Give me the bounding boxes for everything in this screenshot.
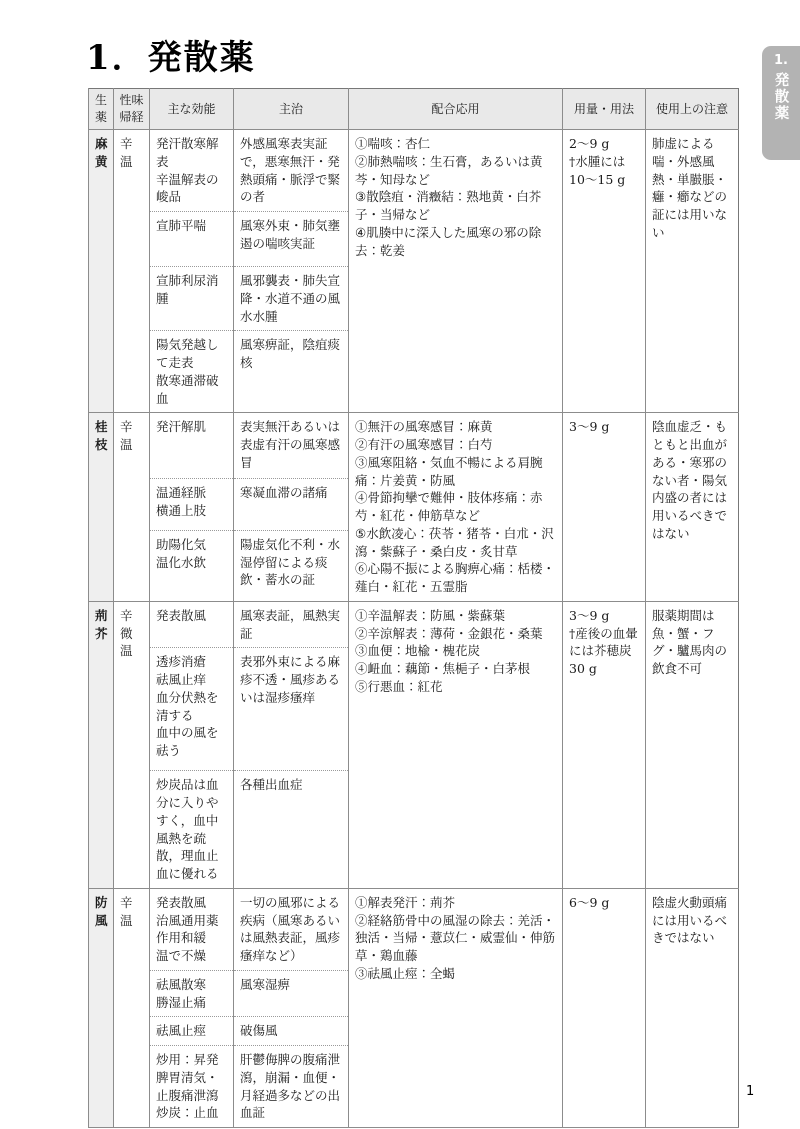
chapter-tab: 1. 発散薬	[762, 46, 800, 160]
indication-cell: 表実無汗あるいは表虚有汗の風寒感冒	[234, 413, 349, 479]
efficacy-cell: 炒用：昇発脾胃清気・止腹痛泄瀉 炒炭：止血	[150, 1046, 234, 1128]
chapter-tab-label: 発散薬	[771, 72, 792, 122]
efficacy-cell: 宣肺利尿消腫	[150, 267, 234, 331]
chapter-tab-number: 1.	[774, 54, 788, 68]
efficacy-cell: 祛風散寒 勝湿止痛	[150, 970, 234, 1017]
efficacy-cell: 発表散風 治風通用薬 作用和緩 温で不燥	[150, 888, 234, 970]
table-row: 桂枝 辛 温 発汗解肌 表実無汗あるいは表虚有汗の風寒感冒 ①無汗の風寒感冒：麻…	[89, 413, 739, 479]
col-header-indication: 主治	[234, 89, 349, 130]
page-number: 1	[746, 1084, 754, 1099]
herb-name: 桂枝	[89, 413, 114, 602]
precaution-cell: 肺虚による喘・外感風熱・単臌脹・癰・癤などの証には用いない	[646, 130, 739, 413]
dosage-cell: 2～9 g †水腫には10～15 g	[563, 130, 646, 413]
nature-cell: 辛 温	[114, 130, 150, 413]
indication-cell: 風寒痹証，陰疽痰核	[234, 331, 349, 413]
indication-cell: 陽虚気化不利・水湿停留による痰飲・蓄水の証	[234, 530, 349, 601]
efficacy-cell: 宣肺平喘	[150, 212, 234, 267]
efficacy-cell: 温通経脈 横通上肢	[150, 479, 234, 530]
indication-cell: 風寒湿痹	[234, 970, 349, 1017]
herb-name: 荊芥	[89, 601, 114, 888]
nature-cell: 辛 温	[114, 888, 150, 1127]
table-row: 麻黄 辛 温 発汗散寒解表 辛温解表の峻品 外感風寒表実証で，悪寒無汗・発熱頭痛…	[89, 130, 739, 212]
combination-cell: ①喘咳：杏仁 ②肺熱喘咳：生石膏，あるいは黄芩・知母など ③散陰疽・消癥結：熟地…	[349, 130, 563, 413]
indication-cell: 寒凝血滞の諸痛	[234, 479, 349, 530]
table-row: 防風 辛 温 発表散風 治風通用薬 作用和緩 温で不燥 一切の風邪による疾病（風…	[89, 888, 739, 970]
indication-cell: 一切の風邪による疾病（風寒あるいは風熱表証，風疹瘙痒など）	[234, 888, 349, 970]
efficacy-cell: 助陽化気 温化水飲	[150, 530, 234, 601]
combination-cell: ①無汗の風寒感冒：麻黄 ②有汗の風寒感冒：白芍 ③風寒阻絡・気血不暢による肩腕痛…	[349, 413, 563, 602]
textbook-page: { "page": { "title": "1．発散薬", "page_numb…	[0, 0, 800, 1129]
efficacy-cell: 発汗散寒解表 辛温解表の峻品	[150, 130, 234, 212]
indication-cell: 破傷風	[234, 1017, 349, 1046]
col-header-combination: 配合応用	[349, 89, 563, 130]
indication-cell: 風寒外束・肺気壅遏の喘咳実証	[234, 212, 349, 267]
efficacy-cell: 陽気発越して走表 散寒通滞破血	[150, 331, 234, 413]
dosage-cell: 6～9 g	[563, 888, 646, 1127]
table-header-row: 生薬 性味 帰経 主な効能 主治 配合応用 用量・用法 使用上の注意	[89, 89, 739, 130]
nature-cell: 辛 微温	[114, 601, 150, 888]
col-header-herb: 生薬	[89, 89, 114, 130]
herb-name: 防風	[89, 888, 114, 1127]
herb-table: 生薬 性味 帰経 主な効能 主治 配合応用 用量・用法 使用上の注意 麻黄 辛 …	[88, 88, 739, 1128]
herb-name: 麻黄	[89, 130, 114, 413]
efficacy-cell: 炒炭品は血分に入りやすく，血中風熱を疏散，理血止血に優れる	[150, 771, 234, 889]
page-title: 1．発散薬	[86, 30, 256, 79]
combination-cell: ①辛温解表：防風・紫蘇葉 ②辛涼解表：薄荷・金銀花・桑葉 ③血便：地楡・槐花炭 …	[349, 601, 563, 888]
col-header-dosage: 用量・用法	[563, 89, 646, 130]
indication-cell: 表邪外束による麻疹不透・風疹あるいは湿疹瘙痒	[234, 648, 349, 771]
precaution-cell: 陰虚火動頭痛には用いるべきではない	[646, 888, 739, 1127]
indication-cell: 肝鬱侮脾の腹痛泄瀉，崩漏・血便・月経過多などの出血証	[234, 1046, 349, 1128]
indication-cell: 風寒表証，風熱実証	[234, 601, 349, 648]
indication-cell: 各種出血症	[234, 771, 349, 889]
col-header-nature: 性味 帰経	[114, 89, 150, 130]
combination-cell: ①解表発汗：荊芥 ②経絡筋骨中の風湿の除去：羌活・独活・当帰・薏苡仁・威霊仙・伸…	[349, 888, 563, 1127]
dosage-cell: 3～9 g	[563, 413, 646, 602]
precaution-cell: 陰血虚乏・もともと出血がある・寒邪のない者・陽気内盛の者には用いるべきではない	[646, 413, 739, 602]
col-header-precaution: 使用上の注意	[646, 89, 739, 130]
nature-cell: 辛 温	[114, 413, 150, 602]
efficacy-cell: 発表散風	[150, 601, 234, 648]
indication-cell: 風邪襲表・肺失宣降・水道不通の風水水腫	[234, 267, 349, 331]
indication-cell: 外感風寒表実証で，悪寒無汗・発熱頭痛・脈浮で緊の者	[234, 130, 349, 212]
table-row: 荊芥 辛 微温 発表散風 風寒表証，風熱実証 ①辛温解表：防風・紫蘇葉 ②辛涼解…	[89, 601, 739, 648]
dosage-cell: 3～9 g †産後の血暈には芥穂炭30 g	[563, 601, 646, 888]
efficacy-cell: 透疹消瘡 祛風止痒 血分伏熱を清する 血中の風を祛う	[150, 648, 234, 771]
col-header-efficacy: 主な効能	[150, 89, 234, 130]
efficacy-cell: 祛風止痙	[150, 1017, 234, 1046]
efficacy-cell: 発汗解肌	[150, 413, 234, 479]
precaution-cell: 服薬期間は魚・蟹・フグ・驢馬肉の飲食不可	[646, 601, 739, 888]
